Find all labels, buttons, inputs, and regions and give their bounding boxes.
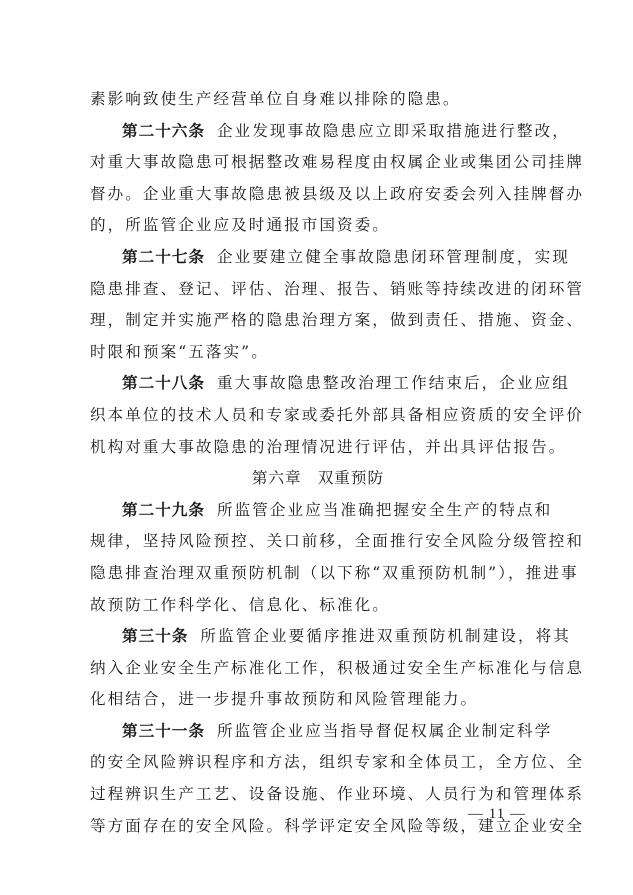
line-text: 对重大事故隐患可根据整改难易程度由权属企业或集团公司挂牌 (90, 153, 584, 171)
paragraph-line: 的安全风险辨识程序和方法，组织专家和全体员工，全方位、全 (90, 747, 546, 779)
paragraph-line: 隐患排查治理双重预防机制（以下称“双重预防机制”），推进事 (90, 558, 546, 590)
line-text: 所监管企业应当准确把握安全生产的特点和 (217, 501, 552, 519)
line-text: 隐患排查、登记、评估、治理、报告、销账等持续改进的闭环管 (90, 280, 584, 298)
article-number: 第二十八条 (122, 374, 205, 392)
article-number: 第三十一条 (122, 722, 205, 740)
line-text: 机构对重大事故隐患的治理情况进行评估，并出具评估报告。 (90, 438, 566, 456)
article-28-line: 第二十八条重大事故隐患整改治理工作结束后，企业应组 (90, 368, 546, 400)
line-text: 重大事故隐患整改治理工作结束后，企业应组 (217, 374, 570, 392)
paragraph-line: 理，制定并实施严格的隐患治理方案，做到责任、措施、资金、 (90, 305, 546, 337)
paragraph-line: 机构对重大事故隐患的治理情况进行评估，并出具评估报告。 (90, 432, 546, 464)
paragraph-line: 督办。企业重大事故隐患被县级及以上政府安委会列入挂牌督办 (90, 179, 546, 211)
article-27-line: 第二十七条企业要建立健全事故隐患闭环管理制度，实现 (90, 242, 546, 274)
paragraph-line: 的，所监管企业应及时通报市国资委。 (90, 210, 546, 242)
article-number: 第三十条 (122, 627, 188, 645)
paragraph-line: 素影响致使生产经营单位自身难以排除的隐患。 (90, 84, 546, 116)
chapter-number: 第六章 (252, 469, 302, 487)
paragraph-line: 故预防工作科学化、信息化、标准化。 (90, 590, 546, 622)
line-text: 素影响致使生产经营单位自身难以排除的隐患。 (90, 90, 461, 108)
paragraph-line: 织本单位的技术人员和专家或委托外部具备相应资质的安全评价 (90, 400, 546, 432)
document-page: 素影响致使生产经营单位自身难以排除的隐患。 第二十六条企业发现事故隐患应立即采取… (0, 0, 633, 895)
page-number: — 11 — (468, 806, 526, 823)
line-text: 督办。企业重大事故隐患被县级及以上政府安委会列入挂牌督办 (90, 185, 584, 203)
line-text: 时限和预案“五落实”。 (90, 343, 269, 361)
paragraph-line: 时限和预案“五落实”。 (90, 337, 546, 369)
article-number: 第二十九条 (122, 501, 205, 519)
line-text: 所监管企业应当指导督促权属企业制定科学 (217, 722, 552, 740)
line-text: 化相结合，进一步提升事故预防和风险管理能力。 (90, 690, 478, 708)
document-body: 素影响致使生产经营单位自身难以排除的隐患。 第二十六条企业发现事故隐患应立即采取… (90, 84, 546, 842)
article-31-line: 第三十一条所监管企业应当指导督促权属企业制定科学 (90, 716, 546, 748)
article-29-line: 第二十九条所监管企业应当准确把握安全生产的特点和 (90, 495, 546, 527)
line-text: 的，所监管企业应及时通报市国资委。 (90, 216, 390, 234)
line-text: 规律，坚持风险预控、关口前移，全面推行安全风险分级管控和 (90, 532, 584, 550)
paragraph-line: 化相结合，进一步提升事故预防和风险管理能力。 (90, 684, 546, 716)
article-30-line: 第三十条所监管企业要循序推进双重预防机制建设，将其 (90, 621, 546, 653)
chapter-heading: 第六章双重预防 (90, 463, 546, 495)
article-number: 第二十七条 (122, 248, 205, 266)
line-text: 织本单位的技术人员和专家或委托外部具备相应资质的安全评价 (90, 406, 584, 424)
paragraph-line: 规律，坚持风险预控、关口前移，全面推行安全风险分级管控和 (90, 526, 546, 558)
paragraph-line: 纳入企业安全生产标准化工作，积极通过安全生产标准化与信息 (90, 653, 546, 685)
line-text: 理，制定并实施严格的隐患治理方案，做到责任、措施、资金、 (90, 311, 584, 329)
line-text: 企业要建立健全事故隐患闭环管理制度，实现 (217, 248, 570, 266)
line-text: 纳入企业安全生产标准化工作，积极通过安全生产标准化与信息 (90, 659, 584, 677)
line-text: 企业发现事故隐患应立即采取措施进行整改， (217, 122, 570, 140)
line-text: 的安全风险辨识程序和方法，组织专家和全体员工，全方位、全 (90, 753, 584, 771)
line-text: 所监管企业要循序推进双重预防机制建设，将其 (200, 627, 571, 645)
line-text: 故预防工作科学化、信息化、标准化。 (90, 596, 390, 614)
line-text: 过程辨识生产工艺、设备设施、作业环境、人员行为和管理体系 (90, 785, 584, 803)
article-26-line: 第二十六条企业发现事故隐患应立即采取措施进行整改， (90, 116, 546, 148)
line-text: 隐患排查治理双重预防机制（以下称“双重预防机制”），推进事 (90, 564, 579, 582)
paragraph-line: 隐患排查、登记、评估、治理、报告、销账等持续改进的闭环管 (90, 274, 546, 306)
article-number: 第二十六条 (122, 122, 205, 140)
paragraph-line: 对重大事故隐患可根据整改难易程度由权属企业或集团公司挂牌 (90, 147, 546, 179)
chapter-title: 双重预防 (318, 469, 384, 487)
